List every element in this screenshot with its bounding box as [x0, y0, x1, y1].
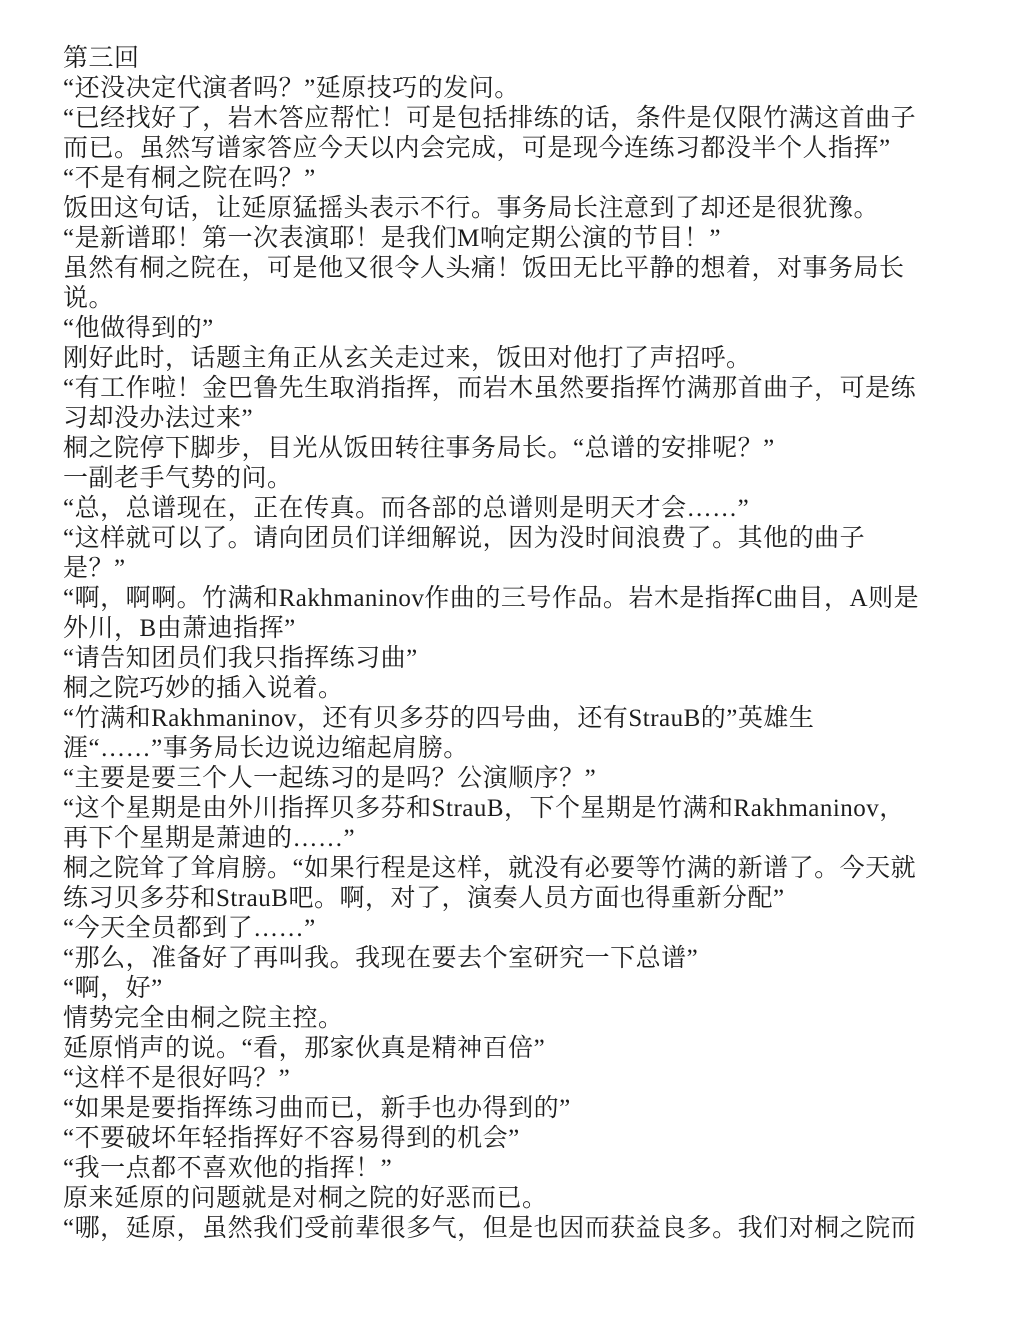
text-line: “已经找好了，岩木答应帮忙！可是包括排练的话，条件是仅限竹满这首曲子	[63, 104, 978, 134]
text-line: “我一点都不喜欢他的指挥！”	[63, 1154, 978, 1184]
text-line: 习却没办法过来”	[63, 404, 978, 434]
text-line: 涯“……”事务局长边说边缩起肩膀。	[63, 734, 978, 764]
text-line: “他做得到的”	[63, 314, 978, 344]
text-line: “如果是要指挥练习曲而已，新手也办得到的”	[63, 1094, 978, 1124]
text-line: “啊，啊啊。竹满和Rakhmaninov作曲的三号作品。岩木是指挥C曲目，A则是	[63, 584, 978, 614]
text-line: “总，总谱现在，正在传真。而各部的总谱则是明天才会……”	[63, 494, 978, 524]
text-line: “那么，准备好了再叫我。我现在要去个室研究一下总谱”	[63, 944, 978, 974]
text-line: 延原悄声的说。“看，那家伙真是精神百倍”	[63, 1034, 978, 1064]
text-line: “竹满和Rakhmaninov，还有贝多芬的四号曲，还有StrauB的”英雄生	[63, 704, 978, 734]
text-line: “还没决定代演者吗？”延原技巧的发问。	[63, 74, 978, 104]
text-line: “不是有桐之院在吗？”	[63, 164, 978, 194]
text-line: 桐之院耸了耸肩膀。“如果行程是这样，就没有必要等竹满的新谱了。今天就	[63, 854, 978, 884]
text-line: 外川，B由萧迪指挥”	[63, 614, 978, 644]
text-line: 是？”	[63, 554, 978, 584]
text-line: “这样不是很好吗？”	[63, 1064, 978, 1094]
text-line: “今天全员都到了……”	[63, 914, 978, 944]
text-line: 再下个星期是萧迪的……”	[63, 824, 978, 854]
text-line: “这个星期是由外川指挥贝多芬和StrauB，下个星期是竹满和Rakhmanino…	[63, 794, 978, 824]
text-line: 情势完全由桐之院主控。	[63, 1004, 978, 1034]
text-line: “是新谱耶！第一次表演耶！是我们M响定期公演的节目！”	[63, 224, 978, 254]
text-line: “啊，好”	[63, 974, 978, 1004]
text-line: “请告知团员们我只指挥练习曲”	[63, 644, 978, 674]
text-line: “哪，延原，虽然我们受前辈很多气，但是也因而获益良多。我们对桐之院而	[63, 1214, 978, 1244]
text-line: 饭田这句话，让延原猛摇头表示不行。事务局长注意到了却还是很犹豫。	[63, 194, 978, 224]
text-line: 刚好此时，话题主角正从玄关走过来，饭田对他打了声招呼。	[63, 344, 978, 374]
text-line: 练习贝多芬和StrauB吧。啊，对了，演奏人员方面也得重新分配”	[63, 884, 978, 914]
text-line: 说。	[63, 284, 978, 314]
text-line: 虽然有桐之院在，可是他又很令人头痛！饭田无比平静的想着，对事务局长	[63, 254, 978, 284]
text-line: 桐之院停下脚步，目光从饭田转往事务局长。“总谱的安排呢？”	[63, 434, 978, 464]
chapter-title: 第三回	[63, 44, 978, 74]
text-line: “这样就可以了。请向团员们详细解说，因为没时间浪费了。其他的曲子	[63, 524, 978, 554]
text-block: 第三回“还没决定代演者吗？”延原技巧的发问。“已经找好了，岩木答应帮忙！可是包括…	[63, 44, 978, 1244]
text-line: “不要破坏年轻指挥好不容易得到的机会”	[63, 1124, 978, 1154]
document-page: 第三回“还没决定代演者吗？”延原技巧的发问。“已经找好了，岩木答应帮忙！可是包括…	[0, 0, 1021, 1321]
text-line: 而已。虽然写谱家答应今天以内会完成，可是现今连练习都没半个人指挥”	[63, 134, 978, 164]
text-line: “有工作啦！金巴鲁先生取消指挥，而岩木虽然要指挥竹满那首曲子，可是练	[63, 374, 978, 404]
text-line: “主要是要三个人一起练习的是吗？公演顺序？”	[63, 764, 978, 794]
text-line: 一副老手气势的问。	[63, 464, 978, 494]
text-line: 桐之院巧妙的插入说着。	[63, 674, 978, 704]
text-line: 原来延原的问题就是对桐之院的好恶而已。	[63, 1184, 978, 1214]
